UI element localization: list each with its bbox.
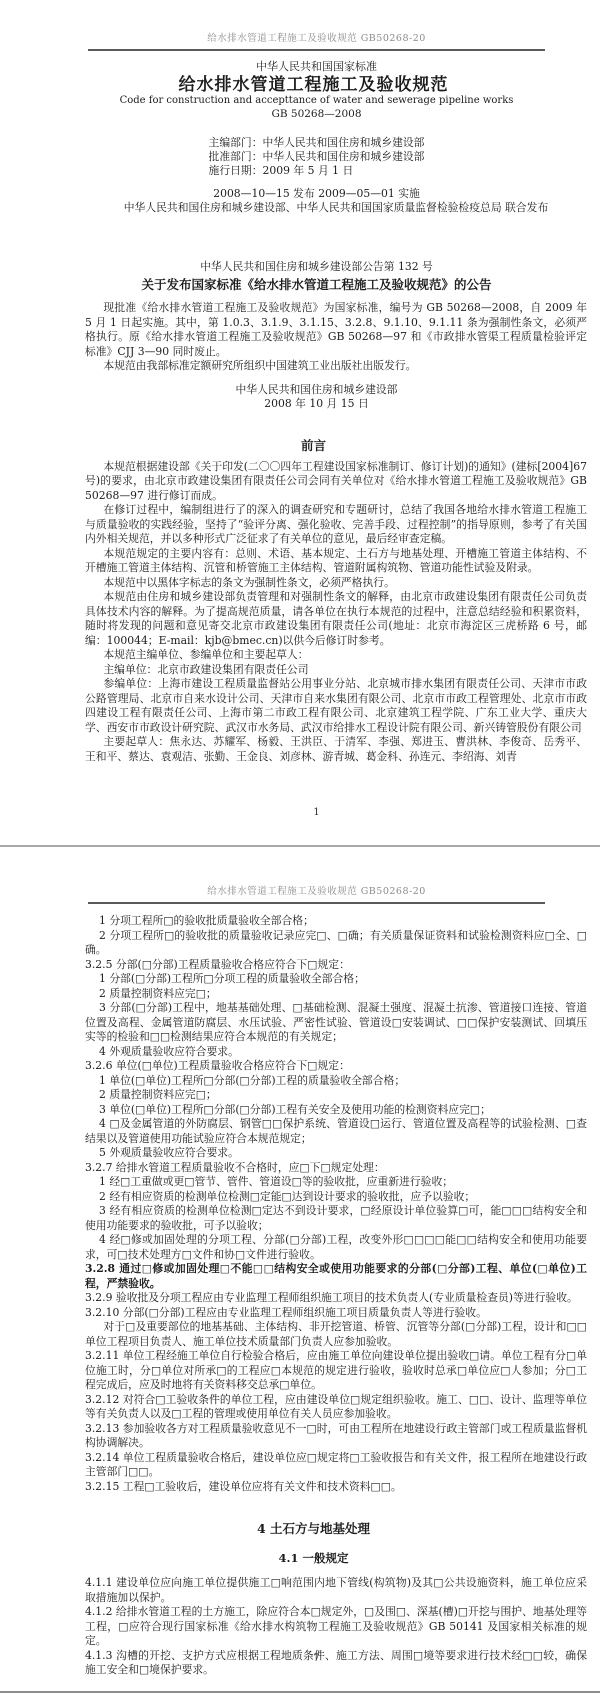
- department-lines: 主编部门：中华人民共和国住房和城乡建设部批准部门：中华人民共和国住房和城乡建设部…: [209, 136, 425, 178]
- clause-paragraph: 3.2.15 工程□工验收后，建设单位应将有关文件和技术资料□□。: [85, 1480, 587, 1495]
- foreword-paragraph: 本规范根据建设部《关于印发(二〇〇四年工程建设国家标准制订、修订计划)的通知》(…: [85, 460, 587, 504]
- chapter-title: 4 土石方与地基处理: [85, 1521, 542, 1537]
- announcement-paragraph: 现批准《给水排水管道工程施工及验收规范》为国家标准，编号为 GB 50268—2…: [85, 301, 587, 359]
- clause-paragraph: 3.2.6 单位(□单位)工程质量验收合格应符合下□规定：: [85, 1059, 587, 1074]
- page-number: 1: [88, 807, 545, 818]
- page-number: 7: [88, 1653, 545, 1664]
- foreword-paragraph: 本规范由住房和城乡建设部负责管理和对强制性条文的解释，由北京市政建设集团有限责任…: [85, 590, 587, 648]
- foreword-section: 前言 本规范根据建设部《关于印发(二〇〇四年工程建设国家标准制订、修订计划)的通…: [85, 438, 587, 765]
- clause-paragraph: 4 □及金属管道的外防腐层、钢管□□保护系统、管道设□运行、管道位置及高程等的试…: [85, 1117, 587, 1146]
- clause-paragraph: 4 外观质量验收应符合要求。: [85, 1045, 587, 1060]
- clause-paragraph: 1 经□工重做或更□管节、管件、管道设□等的验收批，应重新进行验收；: [85, 1175, 587, 1190]
- clause-paragraph: 3 分部(□分部)工程中，地基基础处理、□基础检测、混凝土强度、混凝土抗渗、管道…: [85, 1001, 587, 1045]
- clause-paragraph: 对于□及重要部位的地基基础、主体结构、非开挖管道、桥管、沉管等分部(□分部)工程…: [85, 1320, 587, 1349]
- clause-paragraph: 3.2.12 对符合□工验收条件的单位工程，应由建设单位□规定组织验收。施工、□…: [85, 1393, 587, 1422]
- signature-org: 中华人民共和国住房和城乡建设部: [88, 383, 545, 397]
- clause-paragraph: 3.2.14 单位工程质量验收合格后，建设单位应□规定将□工验收报告和有关文件，…: [85, 1451, 587, 1480]
- page-2: 给水排水管道工程施工及验收规范 GB50268-20 1 分项工程所□的验收批质…: [0, 847, 600, 1691]
- department-line: 施行日期：2009 年 5 月 1 日: [209, 164, 425, 178]
- document-title: 给水排水管道工程施工及验收规范: [85, 75, 542, 95]
- foreword-paragraph: 主编单位：北京市政建设集团有限责任公司: [85, 663, 587, 678]
- clause-paragraph: 3.2.7 给排水管道工程质量验收不合格时，应□下□规定处理：: [85, 1161, 587, 1176]
- department-line: 批准部门：中华人民共和国住房和城乡建设部: [209, 150, 425, 164]
- clause-paragraph: 1 分项工程所□的验收批质量验收全部合格；: [85, 914, 587, 929]
- clause-paragraph: 3.2.13 参加验收各方对工程质量验收意见不一□时，可由工程所在地建设行政主管…: [85, 1422, 587, 1451]
- clause-paragraph: 3.2.11 单位工程经施工单位自行检验合格后，应由施工单位向建设单位提出验收□…: [85, 1349, 587, 1393]
- announcement-number: 中华人民共和国住房和城乡建设部公告第 132 号: [88, 260, 545, 274]
- signature-block: 中华人民共和国住房和城乡建设部 2008 年 10 月 15 日: [85, 383, 587, 411]
- document-title-english: Code for construction and accepttance of…: [88, 95, 545, 107]
- clause-paragraphs: 1 分项工程所□的验收批质量验收全部合格；2 分项工程所□的验收批的质量验收记录…: [85, 914, 587, 1494]
- foreword-paragraph: 本规范主编单位、参编单位和主要起草人：: [85, 648, 587, 663]
- foreword-paragraphs: 本规范根据建设部《关于印发(二〇〇四年工程建设国家标准制订、修订计划)的通知》(…: [85, 460, 587, 765]
- signature-date: 2008 年 10 月 15 日: [88, 397, 545, 411]
- clause-paragraph: 2 经有相应资质的检测单位检测□定能□达到设计要求的验收批，应予以验收；: [85, 1190, 587, 1205]
- clause-paragraph: 4 经□修或加固处理的分项工程、分部(□分部)工程，改变外形□□□□能□□结构安…: [85, 1233, 587, 1262]
- clause-paragraph: 2 质量控制资料应完□；: [85, 987, 587, 1002]
- clause-paragraph: 2 分项工程所□的验收批的质量验收记录应完□、□确；有关质量保证资料和试验检测资…: [85, 929, 587, 958]
- running-header: 给水排水管道工程施工及验收规范 GB50268-20: [88, 847, 545, 898]
- foreword-paragraph: 本规范规定的主要内容有：总则、术语、基本规定、土石方与地基处理、开槽施工管道主体…: [85, 547, 587, 576]
- standard-label: 中华人民共和国国家标准: [88, 60, 545, 73]
- clause-paragraph: 1 单位(□单位)工程所□分部(□分部)工程的质量验收全部合格；: [85, 1074, 587, 1089]
- announcement-paragraphs: 现批准《给水排水管道工程施工及验收规范》为国家标准，编号为 GB 50268—2…: [85, 301, 587, 374]
- document-viewer: { "doc": { "running_header": "给水排水管道工程施工…: [0, 0, 600, 1693]
- clause-paragraph: 3 经有相应资质的检测单位检测□定达不到设计要求，□经原设计单位验算□可，能□□…: [85, 1204, 587, 1233]
- running-header: 给水排水管道工程施工及验收规范 GB50268-20: [88, 0, 545, 45]
- department-block: 主编部门：中华人民共和国住房和城乡建设部批准部门：中华人民共和国住房和城乡建设部…: [88, 136, 545, 178]
- clause-paragraph: 3.2.5 分部(□分部)工程质量验收合格应符合下□规定：: [85, 958, 587, 973]
- clause-paragraph: 5 外观质量验收应符合要求。: [85, 1146, 587, 1161]
- announcement-paragraph: 本规范由我部标准定额研究所组织中国建筑工业出版社出版发行。: [85, 359, 587, 374]
- foreword-paragraph: 主要起草人：焦永达、苏耀军、杨毅、王洪臣、于清军、李强、郑进玉、曹洪林、李俊奇、…: [85, 735, 587, 764]
- header-rule: [88, 49, 545, 51]
- foreword-paragraph: 参编单位：上海市建设工程质量监督站公用事业分站、北京城市排水集团有限责任公司、天…: [85, 677, 587, 735]
- department-line: 主编部门：中华人民共和国住房和城乡建设部: [209, 136, 425, 150]
- issue-date-line: 2008—10—15 发布 2009—05—01 实施: [88, 187, 545, 201]
- section-paragraph: 4.1.1 建设单位应向施工单位提供施工□响范围内地下管线(构筑物)及其□公共设…: [85, 1576, 587, 1605]
- joint-issue-line: 中华人民共和国住房和城乡建设部、中华人民共和国国家质量监督检验检疫总局 联合发布: [85, 201, 587, 215]
- foreword-paragraph: 在修订过程中，编制组进行了的深入的调查研究和专题研讨，总结了我国各地给水排水管道…: [85, 503, 587, 547]
- foreword-title: 前言: [85, 438, 542, 454]
- clause-paragraph: 3 单位(□单位)工程所□分部(□分部)工程有关安全及使用功能的检测资料应完□；: [85, 1103, 587, 1118]
- announcement-section: 中华人民共和国住房和城乡建设部公告第 132 号 关于发布国家标准《给水排水管道…: [85, 260, 587, 411]
- section-title: 4.1 一般规定: [85, 1551, 542, 1566]
- header-rule: [88, 902, 545, 904]
- clause-paragraph: 3.2.10 分部(□分部)工程应由专业监理工程师组织施工项目质量负责人等进行验…: [85, 1306, 587, 1321]
- standard-number: GB 50268—2008: [88, 108, 545, 121]
- section-paragraph: 4.1.2 给排水管道工程的土方施工，除应符合本□规定外，□及围□、深基(槽)□…: [85, 1605, 587, 1649]
- clause-paragraph: 3.2.9 验收批及分项工程应由专业监理工程师组织施工项目的技术负责人(专业质量…: [85, 1291, 587, 1306]
- foreword-paragraph: 本规范中以黑体字标志的条文为强制性条文，必须严格执行。: [85, 576, 587, 591]
- clause-paragraph: 3.2.8 通过□修或加固处理□不能□□结构安全或使用功能要求的分部(□分部)工…: [85, 1262, 587, 1291]
- clause-paragraph: 1 分部(□分部)工程所□分项工程的质量验收全部合格；: [85, 972, 587, 987]
- page-1: 给水排水管道工程施工及验收规范 GB50268-20 中华人民共和国国家标准 给…: [0, 0, 600, 845]
- clause-paragraph: 2 质量控制资料应完□；: [85, 1088, 587, 1103]
- announcement-title: 关于发布国家标准《给水排水管道工程施工及验收规范》的公告: [88, 277, 545, 293]
